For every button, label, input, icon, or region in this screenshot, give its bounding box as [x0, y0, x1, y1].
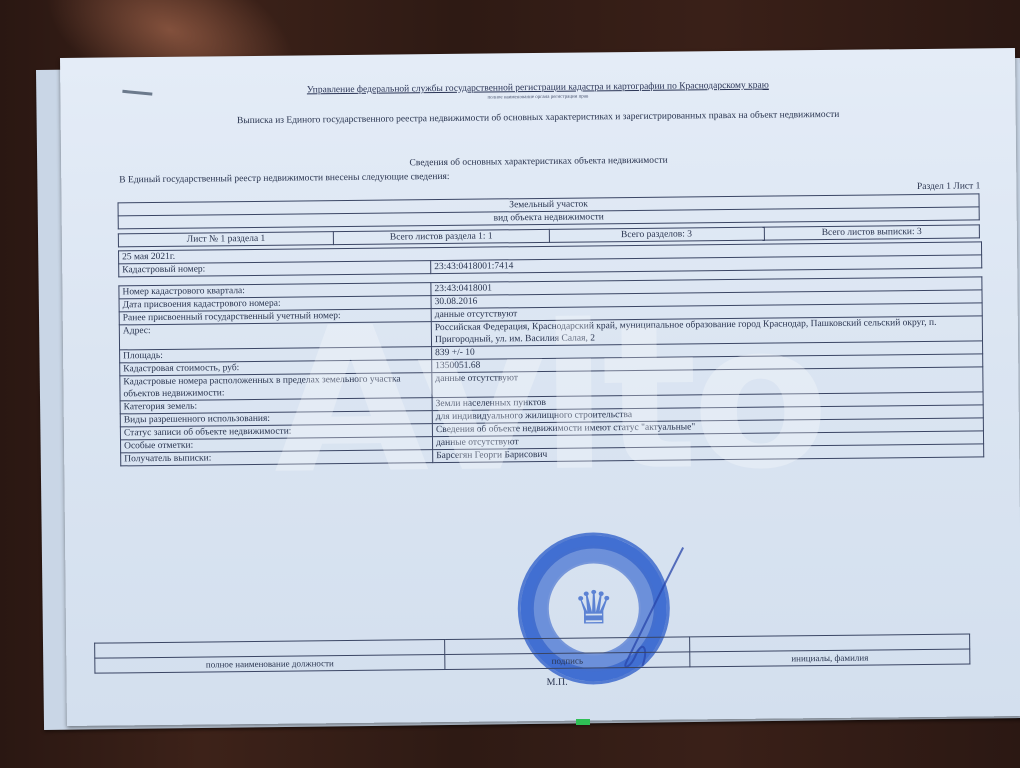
- sheet-number: Лист № 1 раздела 1: [118, 232, 333, 247]
- object-type-table: Земельный участок вид объекта недвижимос…: [118, 193, 980, 229]
- cadastral-number-label: Кадастровый номер:: [119, 261, 431, 277]
- seal-place-label: М.П.: [547, 677, 568, 688]
- field-label: Получатель выписки:: [121, 450, 433, 466]
- section-sheets-total: Всего листов раздела 1: 1: [334, 229, 549, 244]
- extract-sheets-total: Всего листов выписки: 3: [764, 225, 979, 240]
- date-cadastral-table: 25 мая 2021г. Кадастровый номер: 23:43:0…: [118, 241, 982, 277]
- sections-total: Всего разделов: 3: [549, 227, 764, 242]
- characteristics-table: Номер кадастрового квартала:23:43:041800…: [118, 276, 984, 466]
- field-label: Кадастровые номера расположенных в преде…: [120, 373, 432, 401]
- document-sheet: Управление федеральной службы государств…: [60, 48, 1020, 726]
- position-caption: полное наименование должности: [95, 655, 445, 674]
- section-sheet-label: Раздел 1 Лист 1: [917, 181, 981, 192]
- section-title: Сведения об основных характеристиках объ…: [61, 152, 1016, 172]
- extract-title: Выписка из Единого государственного реес…: [61, 108, 1016, 128]
- intro-text: В Единый государственный реестр недвижим…: [119, 172, 449, 185]
- green-bookmark-tab: [576, 719, 590, 725]
- signature-caption: подпись: [445, 652, 690, 670]
- field-label: Адрес:: [119, 322, 431, 350]
- name-caption: инициалы, фамилия: [690, 649, 970, 667]
- signature-table: полное наименование должности подпись ин…: [94, 634, 970, 674]
